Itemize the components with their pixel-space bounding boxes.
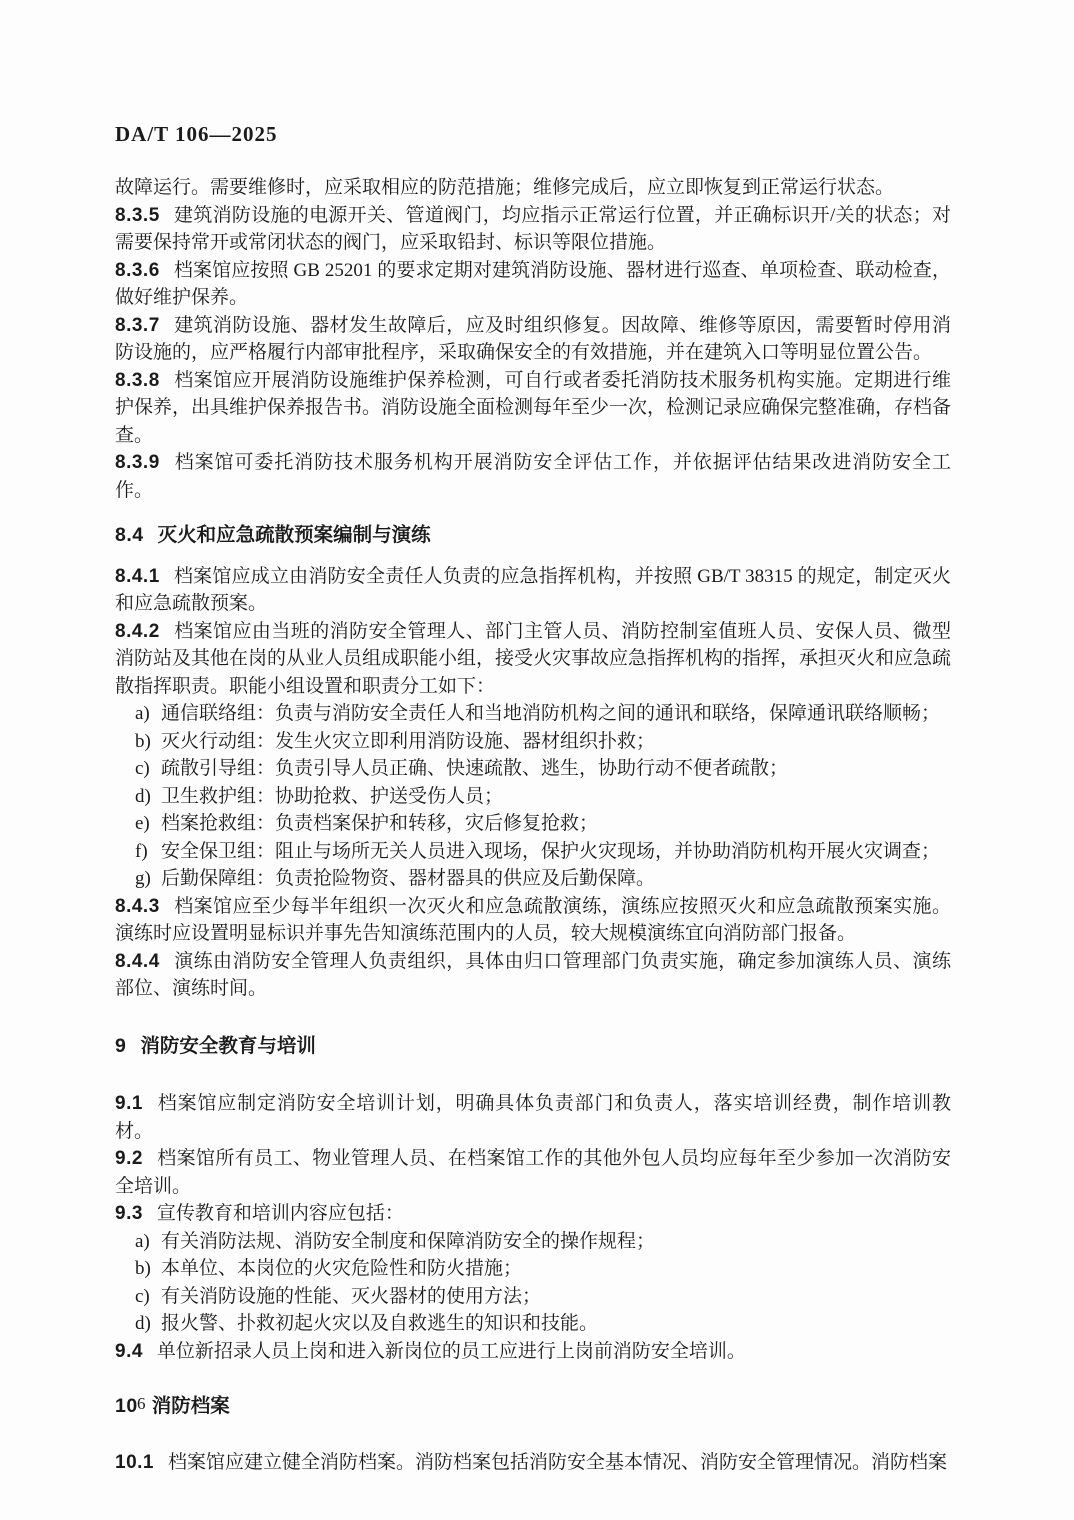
list-item-label: c) [135,1283,161,1311]
list-item-e: e)档案抢救组：负责档案保护和转移，灾后修复抢救； [115,810,951,838]
section-title: 消防安全教育与培训 [140,1035,316,1057]
list-item-text: 有关消防法规、消防安全制度和保障消防安全的操作规程； [161,1231,655,1252]
clause-8.3.5: 8.3.5建筑消防设施的电源开关、管道阀门，均应指示正常运行位置，并正确标识开/… [115,202,951,257]
clause-text: 档案馆应开展消防设施维护保养检测，可自行或者委托消防技术服务机构实施。定期进行维… [115,370,951,446]
list-item-text: 有关消防设施的性能、灭火器材的使用方法； [161,1286,541,1307]
list-item-label: f) [135,838,161,866]
list-item-text: 报火警、扑救初起火灾以及自救逃生的知识和技能。 [161,1313,598,1334]
clause-9.4: 9.4单位新招录人员上岗和进入新岗位的员工应进行上岗前消防安全培训。 [115,1338,951,1366]
section-title: 消防档案 [152,1395,230,1417]
clause-text: 档案馆应按照 GB 25201 的要求定期对建筑消防设施、器材进行巡查、单项检查… [115,260,951,309]
clause-number: 8.3.5 [115,205,160,226]
clause-number: 8.3.8 [115,370,160,391]
clause-8.3.7: 8.3.7建筑消防设施、器材发生故障后，应及时组织修复。因故障、维修等原因，需要… [115,312,951,367]
clause-text: 宣传教育和培训内容应包括： [157,1203,404,1224]
list-item-a: a)通信联络组：负责与消防安全责任人和当地消防机构之间的通讯和联络，保障通讯联络… [115,700,951,728]
list-item-text: 灭火行动组：发生火灾立即利用消防设施、器材组织扑救； [161,731,655,752]
section-number: 10 [115,1395,138,1417]
clause-number: 8.4.3 [115,896,160,917]
standard-number-header: DA/T 106—2025 [115,122,278,147]
document-page: DA/T 106—2025 故障运行。需要维修时，应采取相应的防范措施；维修完成… [0,0,1074,1520]
section-number: 8.4 [115,524,144,546]
list-item-f: f)安全保卫组：阻止与场所无关人员进入现场，保护火灾现场，并协助消防机构开展火灾… [115,838,951,866]
clause-text: 档案馆应建立健全消防档案。消防档案包括消防安全基本情况、消防安全管理情况。消防档… [168,1452,947,1473]
list-item-text: 疏散引导组：负责引导人员正确、快速疏散、逃生，协助行动不便者疏散； [161,758,788,779]
list-item-g: g)后勤保障组：负责抢险物资、器材器具的供应及后勤保障。 [115,865,951,893]
paragraph-continuation: 故障运行。需要维修时，应采取相应的防范措施；维修完成后，应立即恢复到正常运行状态… [115,174,951,202]
section-number: 9 [115,1035,126,1057]
list-item-label: d) [135,783,161,811]
clause-9.1: 9.1档案馆应制定消防安全培训计划，明确具体负责部门和负责人，落实培训经费，制作… [115,1090,951,1145]
document-body: 故障运行。需要维修时，应采取相应的防范措施；维修完成后，应立即恢复到正常运行状态… [115,174,951,1476]
list-item-text: 档案抢救组：负责档案保护和转移，灾后修复抢救； [161,813,598,834]
page-number: 6 [137,1394,146,1414]
section-heading-10: 10消防档案 [115,1393,951,1421]
list-item-label: b) [135,728,161,756]
clause-8.4.1: 8.4.1档案馆应成立由消防安全责任人负责的应急指挥机构，并按照 GB/T 38… [115,563,951,618]
clause-number: 9.3 [115,1203,143,1224]
list-item-label: c) [135,755,161,783]
clause-number: 9.4 [115,1341,143,1362]
clause-8.3.9: 8.3.9档案馆可委托消防技术服务机构开展消防安全评估工作，并依据评估结果改进消… [115,449,951,504]
list-item-label: e) [135,810,161,838]
list-item-text: 卫生救护组：协助抢救、护送受伤人员； [161,786,503,807]
clause-text: 建筑消防设施的电源开关、管道阀门，均应指示正常运行位置，并正确标识开/关的状态；… [115,205,951,254]
section-heading-8.4: 8.4灭火和应急疏散预案编制与演练 [115,522,951,550]
clause-number: 8.4.1 [115,566,160,587]
list-item-c: c)有关消防设施的性能、灭火器材的使用方法； [115,1283,951,1311]
list-item-label: a) [135,1228,161,1256]
list-item-label: d) [135,1310,161,1338]
clause-text: 档案馆可委托消防技术服务机构开展消防安全评估工作，并依据评估结果改进消防安全工作… [115,452,951,501]
clause-text: 档案馆应由当班的消防安全管理人、部门主管人员、消防控制室值班人员、安保人员、微型… [115,621,951,697]
list-item-b: b)灭火行动组：发生火灾立即利用消防设施、器材组织扑救； [115,728,951,756]
clause-text: 档案馆应至少每半年组织一次灭火和应急疏散演练，演练应按照灭火和应急疏散预案实施。… [115,896,951,945]
list-item-b: b)本单位、本岗位的火灾危险性和防火措施； [115,1255,951,1283]
list-item-c: c)疏散引导组：负责引导人员正确、快速疏散、逃生，协助行动不便者疏散； [115,755,951,783]
list-item-text: 本单位、本岗位的火灾危险性和防火措施； [161,1258,522,1279]
clause-number: 8.3.9 [115,452,160,473]
clause-number: 8.3.7 [115,315,160,336]
clause-number: 8.3.6 [115,260,160,281]
clause-9.2: 9.2档案馆所有员工、物业管理人员、在档案馆工作的其他外包人员均应每年至少参加一… [115,1145,951,1200]
list-item-d: d)报火警、扑救初起火灾以及自救逃生的知识和技能。 [115,1310,951,1338]
list-item-text: 后勤保障组：负责抢险物资、器材器具的供应及后勤保障。 [161,868,655,889]
list-item-a: a)有关消防法规、消防安全制度和保障消防安全的操作规程； [115,1228,951,1256]
section-heading-9: 9消防安全教育与培训 [115,1033,951,1061]
clause-text: 故障运行。需要维修时，应采取相应的防范措施；维修完成后，应立即恢复到正常运行状态… [115,177,894,198]
clause-8.3.8: 8.3.8档案馆应开展消防设施维护保养检测，可自行或者委托消防技术服务机构实施。… [115,367,951,450]
clause-10.1: 10.1档案馆应建立健全消防档案。消防档案包括消防安全基本情况、消防安全管理情况… [115,1449,951,1477]
clause-8.4.3: 8.4.3档案馆应至少每半年组织一次灭火和应急疏散演练，演练应按照灭火和应急疏散… [115,893,951,948]
section-title: 灭火和应急疏散预案编制与演练 [158,524,431,546]
list-item-label: g) [135,865,161,893]
clause-number: 9.2 [115,1148,143,1169]
list-item-label: a) [135,700,161,728]
clause-8.4.4: 8.4.4演练由消防安全管理人负责组织，具体由归口管理部门负责实施，确定参加演练… [115,948,951,1003]
clause-9.3: 9.3宣传教育和培训内容应包括： [115,1200,951,1228]
clause-text: 单位新招录人员上岗和进入新岗位的员工应进行上岗前消防安全培训。 [157,1341,746,1362]
list-item-text: 通信联络组：负责与消防安全责任人和当地消防机构之间的通讯和联络，保障通讯联络顺畅… [161,703,940,724]
clause-text: 档案馆应成立由消防安全责任人负责的应急指挥机构，并按照 GB/T 38315 的… [115,566,951,615]
clause-number: 8.4.4 [115,951,160,972]
list-item-d: d)卫生救护组：协助抢救、护送受伤人员； [115,783,951,811]
list-item-label: b) [135,1255,161,1283]
list-item-text: 安全保卫组：阻止与场所无关人员进入现场，保护火灾现场，并协助消防机构开展火灾调查… [161,841,940,862]
clause-text: 建筑消防设施、器材发生故障后，应及时组织修复。因故障、维修等原因，需要暂时停用消… [115,315,951,364]
clause-text: 档案馆所有员工、物业管理人员、在档案馆工作的其他外包人员均应每年至少参加一次消防… [115,1148,951,1197]
clause-number: 10.1 [115,1452,154,1473]
clause-8.4.2: 8.4.2档案馆应由当班的消防安全管理人、部门主管人员、消防控制室值班人员、安保… [115,618,951,701]
clause-text: 演练由消防安全管理人负责组织，具体由归口管理部门负责实施，确定参加演练人员、演练… [115,951,951,1000]
clause-text: 档案馆应制定消防安全培训计划，明确具体负责部门和负责人，落实培训经费，制作培训教… [115,1093,951,1142]
clause-number: 8.4.2 [115,621,160,642]
clause-number: 9.1 [115,1093,143,1114]
clause-8.3.6: 8.3.6档案馆应按照 GB 25201 的要求定期对建筑消防设施、器材进行巡查… [115,257,951,312]
